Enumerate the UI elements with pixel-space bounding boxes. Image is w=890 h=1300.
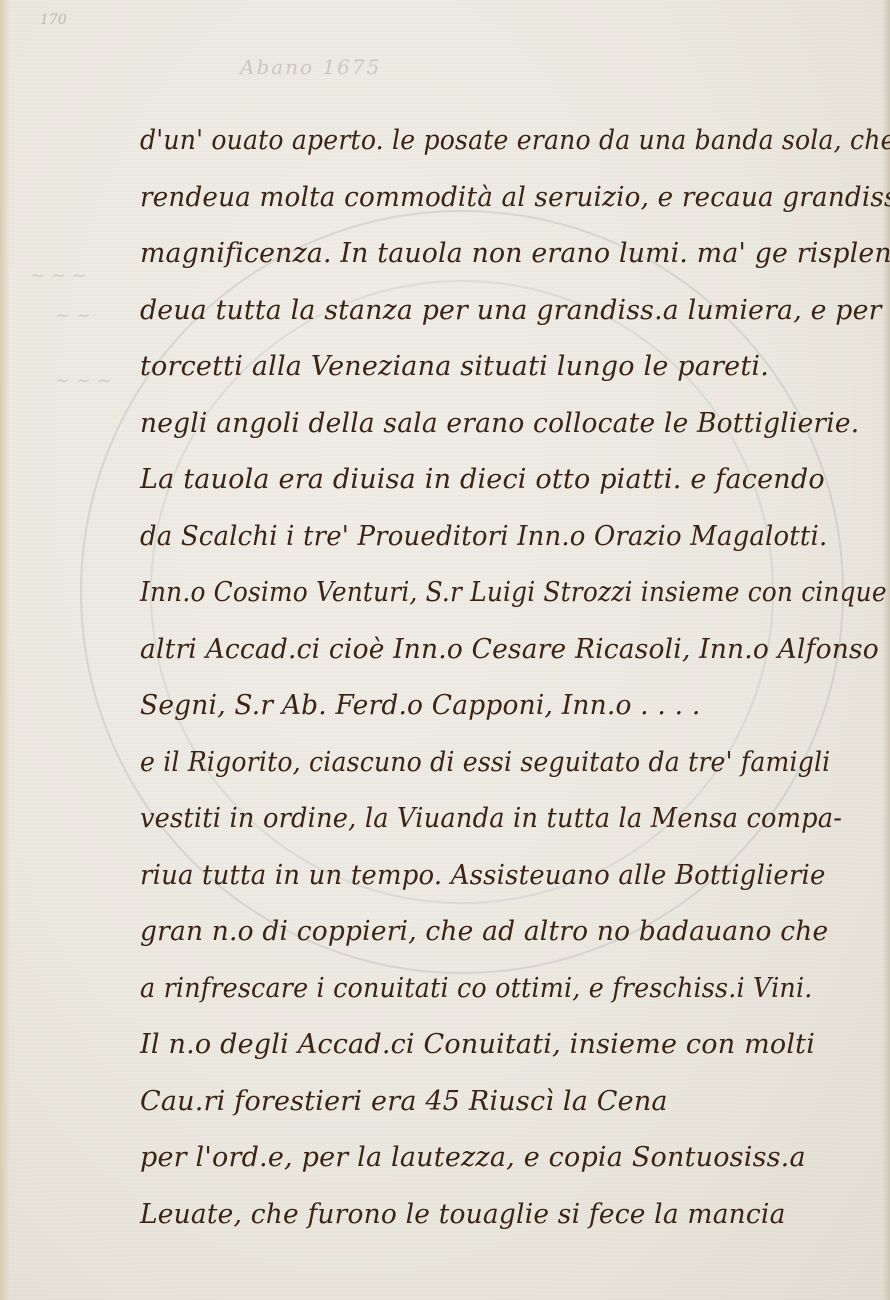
text-line-4: deua tutta la stanza per una grandiss.a … bbox=[140, 295, 878, 352]
text-line-6: negli angoli della sala erano collocate … bbox=[140, 408, 870, 465]
text-line-2: rendeua molta commodità al seruizio, e r… bbox=[140, 182, 863, 239]
text-line-1: d'un' ouato aperto. le posate erano da u… bbox=[140, 125, 833, 182]
page-edge-left bbox=[0, 0, 10, 1300]
text-line-5: torcetti alla Veneziana situati lungo le… bbox=[140, 351, 885, 408]
text-line-3: magnificenza. In tauola non erano lumi. … bbox=[140, 238, 878, 295]
margin-bleedthrough: ~ ~ ~ bbox=[30, 265, 87, 286]
text-line-16: a rinfrescare i conuitati co ottimi, e f… bbox=[140, 973, 840, 1030]
text-line-8: da Scalchi i tre' Proueditori Inn.o Oraz… bbox=[140, 521, 855, 578]
manuscript-text: d'un' ouato aperto. le posate erano da u… bbox=[140, 125, 885, 1255]
text-line-20: Leuate, che furono le touaglie si fece l… bbox=[140, 1199, 870, 1256]
header-bleedthrough: Abano 1675 bbox=[240, 55, 381, 79]
text-line-9: Inn.o Cosimo Venturi, S.r Luigi Strozzi … bbox=[140, 577, 825, 634]
text-line-17: Il n.o degli Accad.ci Conuitati, insieme… bbox=[140, 1029, 885, 1086]
margin-bleedthrough: ~ ~ ~ bbox=[55, 370, 112, 391]
text-line-7-content: La tauola era diuisa in dieci otto piatt… bbox=[140, 464, 825, 495]
manuscript-page: 170 Abano 1675 ~ ~ ~ ~ ~ ~ ~ ~ d'un' oua… bbox=[0, 0, 890, 1300]
text-line-14: riua tutta in un tempo. Assisteuano alle… bbox=[140, 860, 855, 917]
text-line-13: vestiti in ordine, la Viuanda in tutta l… bbox=[140, 803, 848, 860]
text-line-11: Segni, S.r Ab. Ferd.o Capponi, Inn.o . .… bbox=[140, 690, 870, 747]
margin-bleedthrough: ~ ~ bbox=[55, 305, 91, 326]
folio-number: 170 bbox=[40, 12, 67, 28]
text-line-12: e il Rigorito, ciascuno di essi seguitat… bbox=[140, 747, 833, 804]
text-line-18: Cau.ri forestieri era 45 Riuscì la Cena bbox=[140, 1086, 885, 1143]
text-line-19: per l'ord.e, per la lautezza, e copia So… bbox=[140, 1142, 885, 1199]
text-line-7: La tauola era diuisa in dieci otto piatt… bbox=[140, 464, 885, 521]
text-line-10: altri Accad.ci cioè Inn.o Cesare Ricasol… bbox=[140, 634, 870, 691]
text-line-15: gran n.o di coppieri, che ad altro no ba… bbox=[140, 916, 870, 973]
